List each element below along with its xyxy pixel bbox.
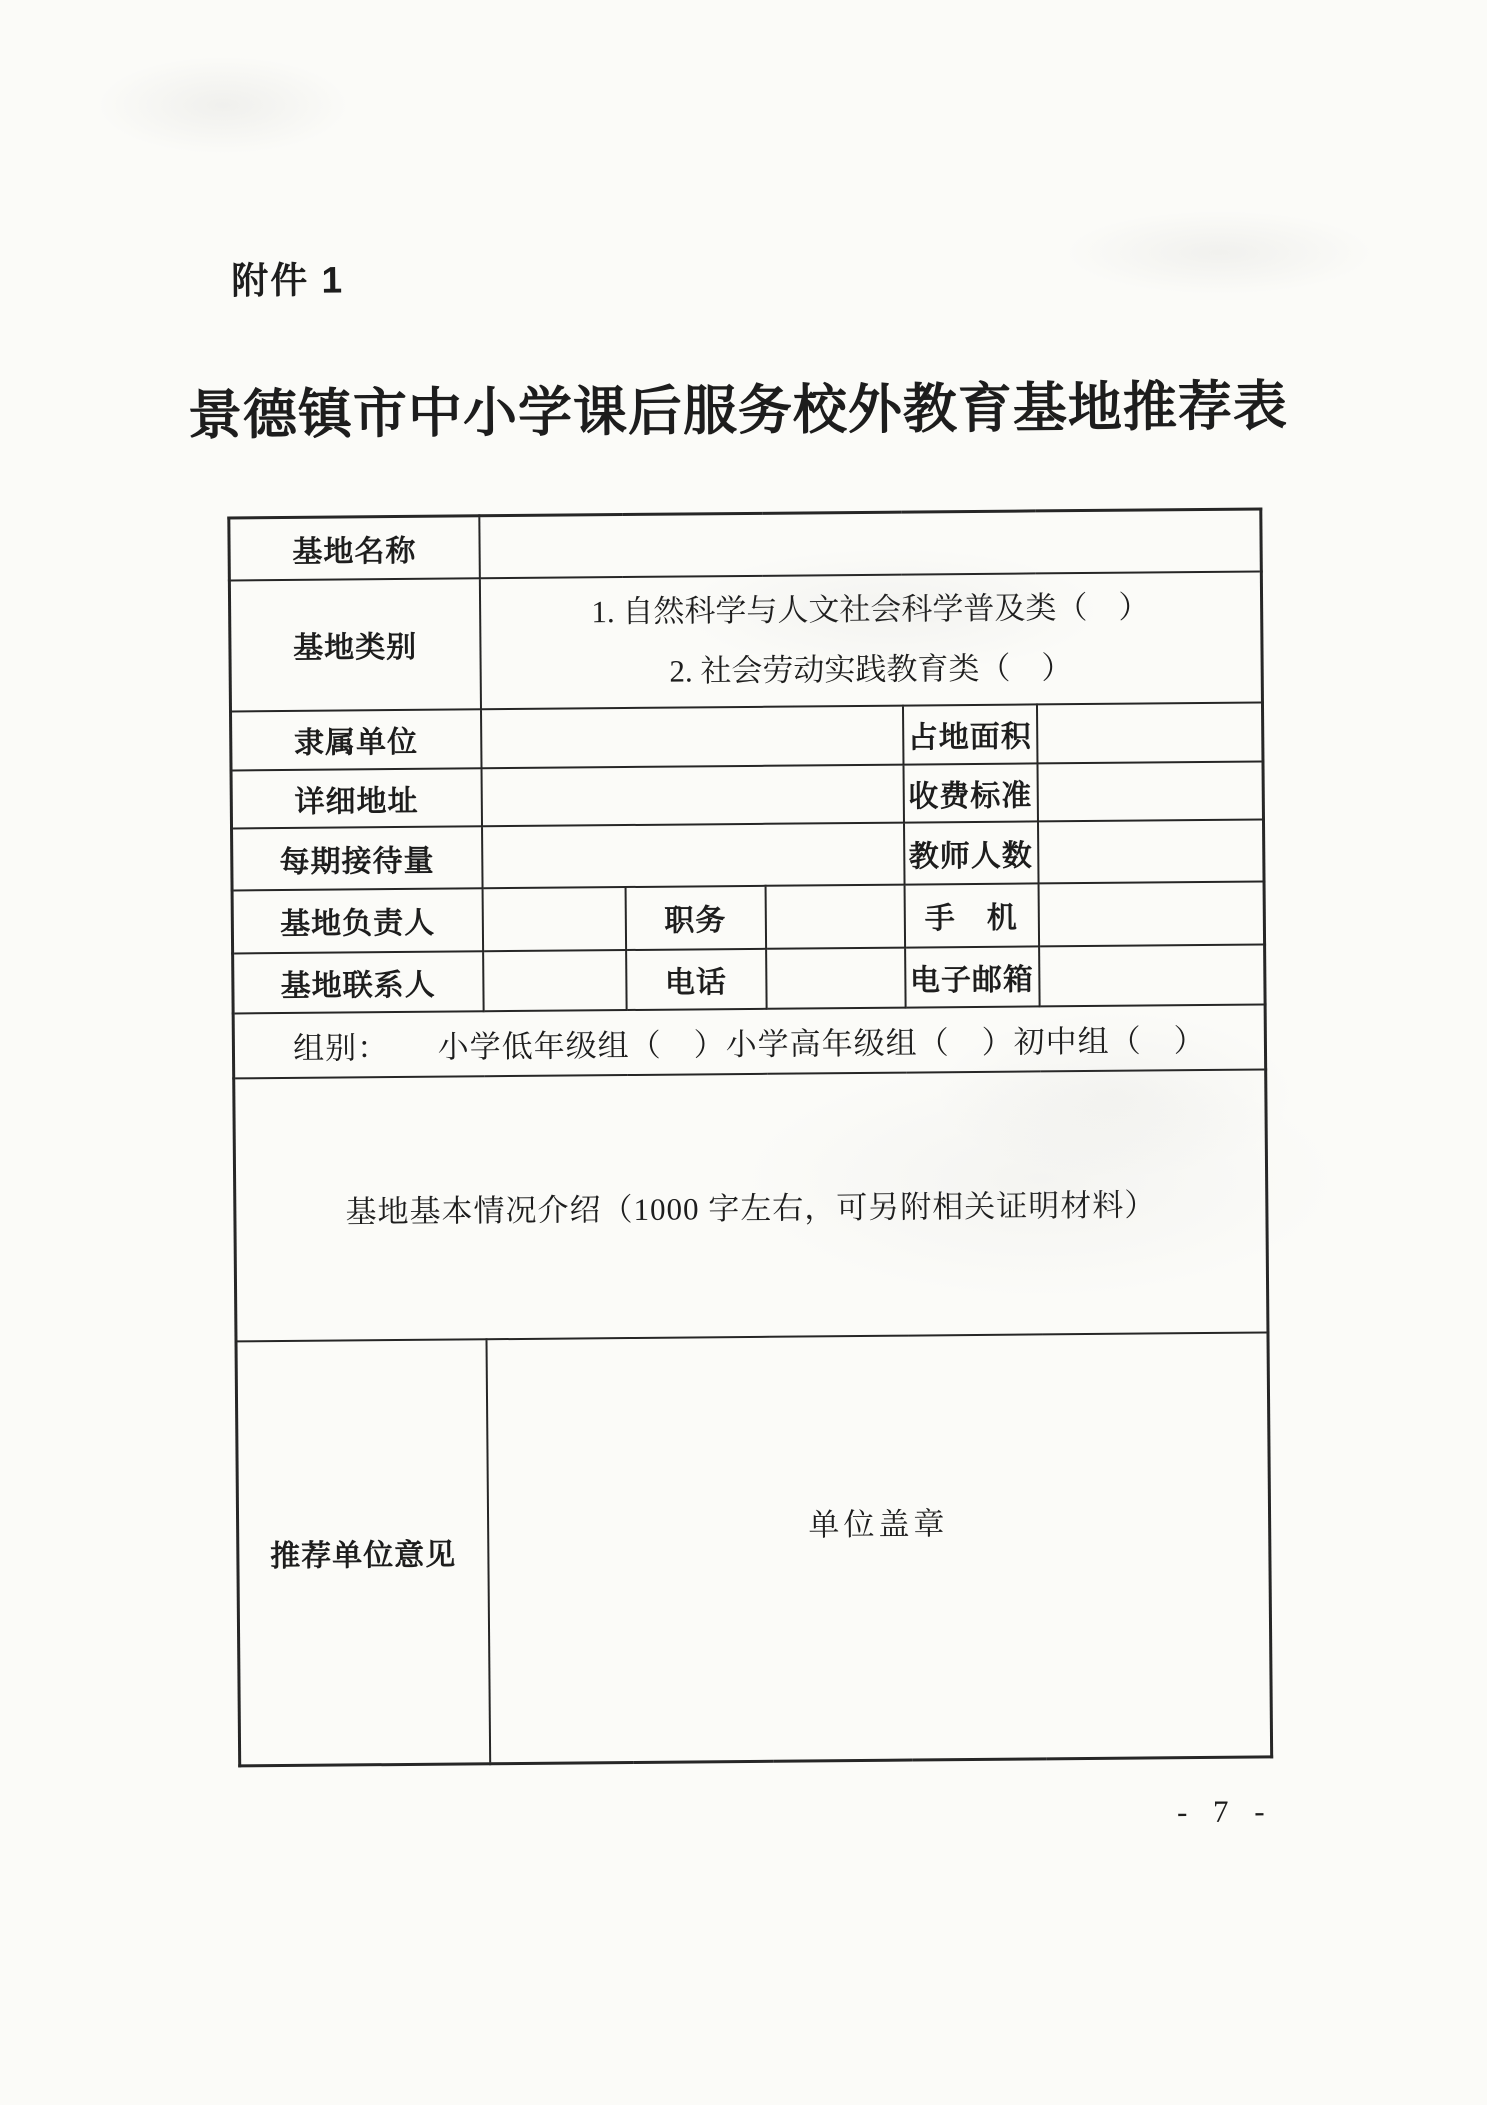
- row-affiliation-area: 隶属单位 占地面积: [231, 702, 1264, 770]
- phone-value-cell: [766, 947, 906, 1008]
- group-selection-line: 组别： 小学低年级组（ ）小学高年级组（ ）初中组（ ）: [233, 1004, 1266, 1078]
- contact-value-cell: [483, 950, 627, 1011]
- recommendation-form-table: 基地名称 基地类别 1. 自然科学与人文社会科学普及类（ ） 2. 社会劳动实践…: [227, 507, 1273, 1767]
- land-area-value-cell: [1036, 702, 1263, 763]
- row-recommendation: 推荐单位意见 单位盖章: [236, 1332, 1272, 1766]
- row-intro: 基地基本情况介绍（1000 字左右，可另附相关证明材料）: [234, 1069, 1268, 1341]
- capacity-label: 每期接待量: [232, 826, 483, 890]
- leader-label: 基地负责人: [232, 888, 483, 953]
- contact-label: 基地联系人: [233, 951, 484, 1013]
- teacher-count-label: 教师人数: [903, 821, 1038, 884]
- row-leader: 基地负责人 职务 手 机: [232, 881, 1265, 953]
- recommendation-content-cell: 单位盖章: [486, 1332, 1272, 1764]
- fee-standard-value-cell: [1037, 761, 1264, 821]
- page-title: 景德镇市中小学课后服务校外教育基地推荐表: [0, 362, 1482, 452]
- row-address-fee: 详细地址 收费标准: [231, 761, 1263, 828]
- row-contact: 基地联系人 电话 电子邮箱: [233, 944, 1266, 1013]
- attachment-label: 附件 1: [231, 249, 344, 304]
- affiliation-label: 隶属单位: [231, 709, 482, 770]
- mobile-label: 手 机: [904, 883, 1039, 947]
- affiliation-value-cell: [480, 705, 902, 768]
- row-group: 组别： 小学低年级组（ ）小学高年级组（ ）初中组（ ）: [233, 1004, 1266, 1078]
- address-value-cell: [481, 764, 903, 826]
- position-label: 职务: [625, 885, 766, 949]
- row-capacity-teachers: 每期接待量 教师人数: [232, 819, 1265, 890]
- mobile-value-cell: [1038, 881, 1265, 946]
- fee-standard-label: 收费标准: [903, 763, 1038, 822]
- leader-value-cell: [482, 887, 626, 951]
- base-name-value-cell: [479, 509, 1262, 578]
- row-base-name: 基地名称: [229, 509, 1262, 580]
- unit-seal-label: 单位盖章: [808, 1498, 948, 1544]
- category-option-1: 1. 自然科学与人文社会科学普及类（ ）: [484, 577, 1256, 644]
- category-option-2: 2. 社会劳动实践教育类（ ）: [485, 637, 1257, 704]
- teacher-count-value-cell: [1037, 819, 1264, 883]
- scan-content: 附件 1 景德镇市中小学课后服务校外教育基地推荐表 基地名称 基地类别 1. 自: [0, 0, 1487, 2105]
- base-name-label: 基地名称: [229, 516, 480, 580]
- email-value-cell: [1039, 944, 1266, 1006]
- capacity-value-cell: [482, 822, 905, 888]
- email-label: 电子邮箱: [905, 946, 1040, 1007]
- position-value-cell: [765, 884, 905, 948]
- page-number: - 7 -: [1177, 1793, 1274, 1830]
- land-area-label: 占地面积: [902, 704, 1037, 764]
- recommendation-label: 推荐单位意见: [236, 1339, 490, 1766]
- base-category-options-cell: 1. 自然科学与人文社会科学普及类（ ） 2. 社会劳动实践教育类（ ）: [479, 571, 1262, 709]
- base-category-label: 基地类别: [229, 578, 480, 711]
- row-base-category: 基地类别 1. 自然科学与人文社会科学普及类（ ） 2. 社会劳动实践教育类（ …: [229, 571, 1262, 711]
- intro-note-cell: 基地基本情况介绍（1000 字左右，可另附相关证明材料）: [234, 1069, 1268, 1341]
- phone-label: 电话: [626, 948, 767, 1009]
- scanned-page: 附件 1 景德镇市中小学课后服务校外教育基地推荐表 基地名称 基地类别 1. 自: [0, 0, 1487, 2105]
- address-label: 详细地址: [231, 768, 481, 828]
